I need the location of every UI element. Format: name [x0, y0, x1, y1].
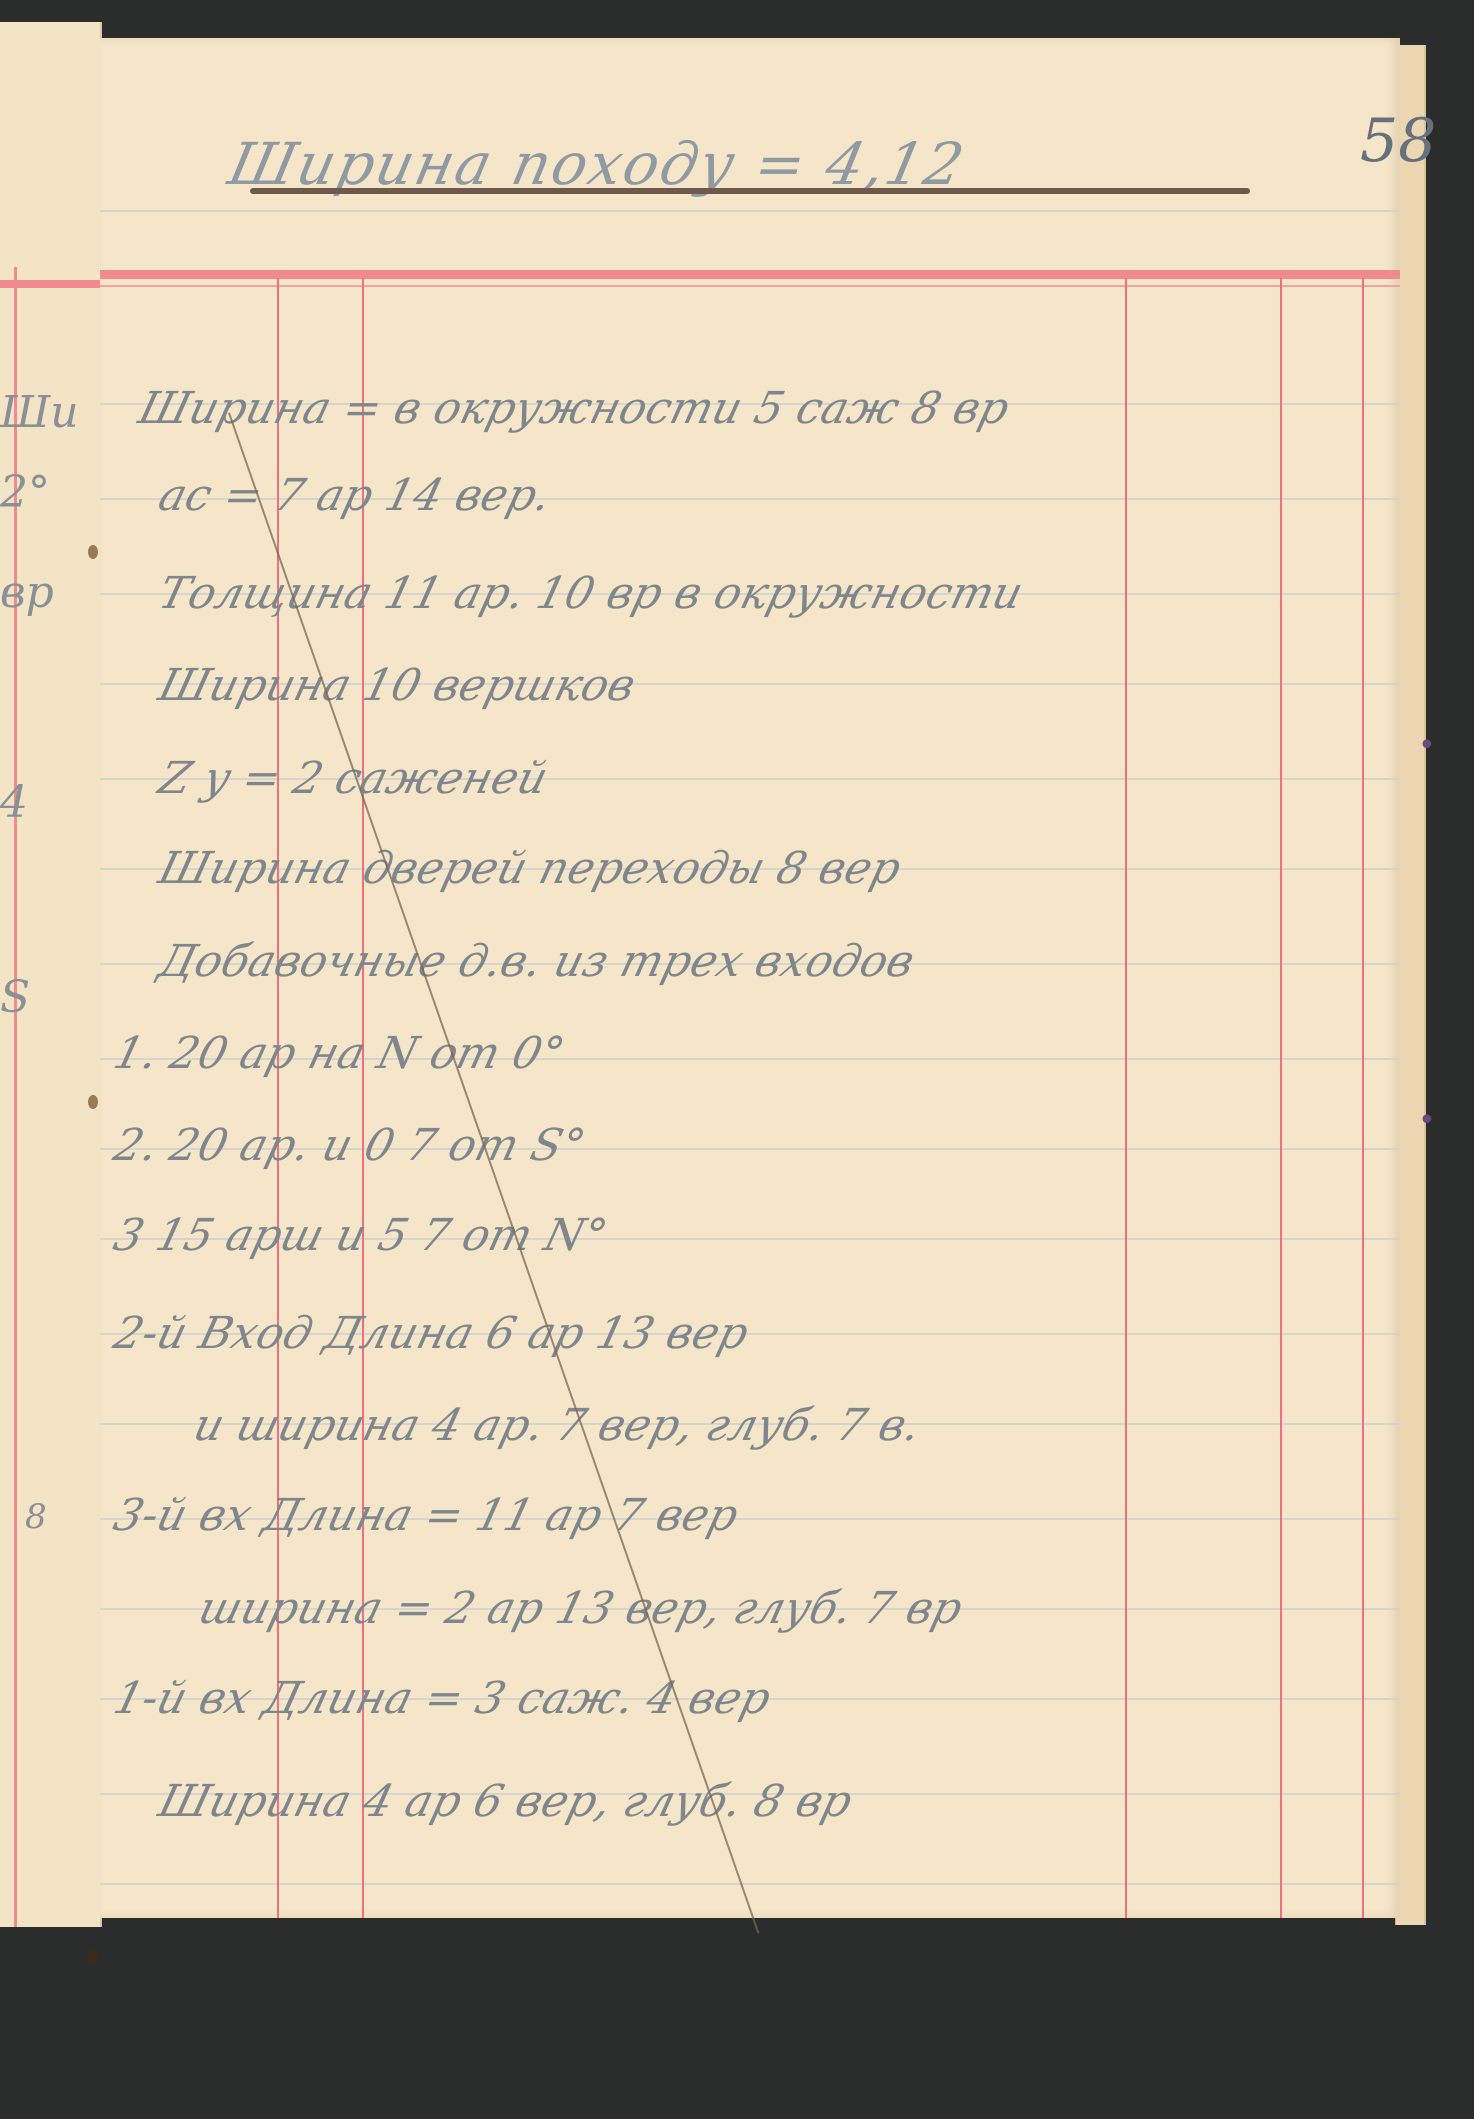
text-line: Ширина 10 вершков	[154, 660, 641, 711]
header-red-rule	[100, 270, 1400, 279]
binding-hole	[88, 1950, 98, 1964]
text-line: 2. 20 ар. и 0 7 от S°	[109, 1120, 591, 1171]
title-underline	[250, 188, 1250, 194]
ink-mark: •	[1418, 728, 1436, 763]
text-line: 3-й вх Длина = 11 ар 7 вер	[109, 1490, 744, 1541]
text-line: Ширина дверей переходы 8 вер	[154, 843, 906, 894]
text-line: Z y = 2 саженей	[154, 753, 553, 804]
left-fragment: 4	[0, 777, 28, 828]
text-line: ас = 7 ар 14 вер.	[154, 470, 557, 521]
header-thin-rule	[100, 285, 1400, 287]
text-line: и ширина 4 ар. 7 вер, глуб. 7 в.	[189, 1400, 926, 1451]
column-rule	[1362, 278, 1364, 1918]
page-number: 58	[1360, 106, 1436, 176]
binding-hole	[88, 545, 98, 559]
left-fragment: 8	[25, 1497, 47, 1537]
text-line: Ширина = в окружности 5 саж 8 вр	[134, 383, 1015, 434]
left-fragment: Ши	[0, 387, 79, 438]
text-line: ширина = 2 ар 13 вер, глуб. 7 вр	[194, 1583, 968, 1634]
text-line: 3 15 арш и 5 7 от N°	[109, 1210, 613, 1261]
left-fragment: вр	[0, 567, 54, 618]
ink-mark: •	[1418, 1103, 1436, 1138]
notebook-page: Ширина походу = 4,12 58 Ширина = в окруж…	[100, 38, 1400, 1918]
column-rule	[1125, 278, 1127, 1918]
text-line: 1. 20 ар на N от 0°	[109, 1028, 570, 1079]
column-rule	[1280, 278, 1282, 1918]
text-line: Добавочные д.в. из трех входов	[154, 936, 920, 987]
column-rule	[277, 278, 279, 1918]
text-line: 2-й Вход Длина 6 ар 13 вер	[109, 1308, 754, 1359]
text-line: Ширина 4 ар 6 вер, глуб. 8 вр	[154, 1776, 857, 1827]
left-fragment: S	[0, 972, 30, 1023]
left-fragment: 2°	[0, 467, 50, 518]
binding-hole	[88, 1095, 98, 1109]
left-page: Ши 2° вр 4 S 8	[0, 22, 102, 1927]
column-rule	[362, 278, 364, 1918]
